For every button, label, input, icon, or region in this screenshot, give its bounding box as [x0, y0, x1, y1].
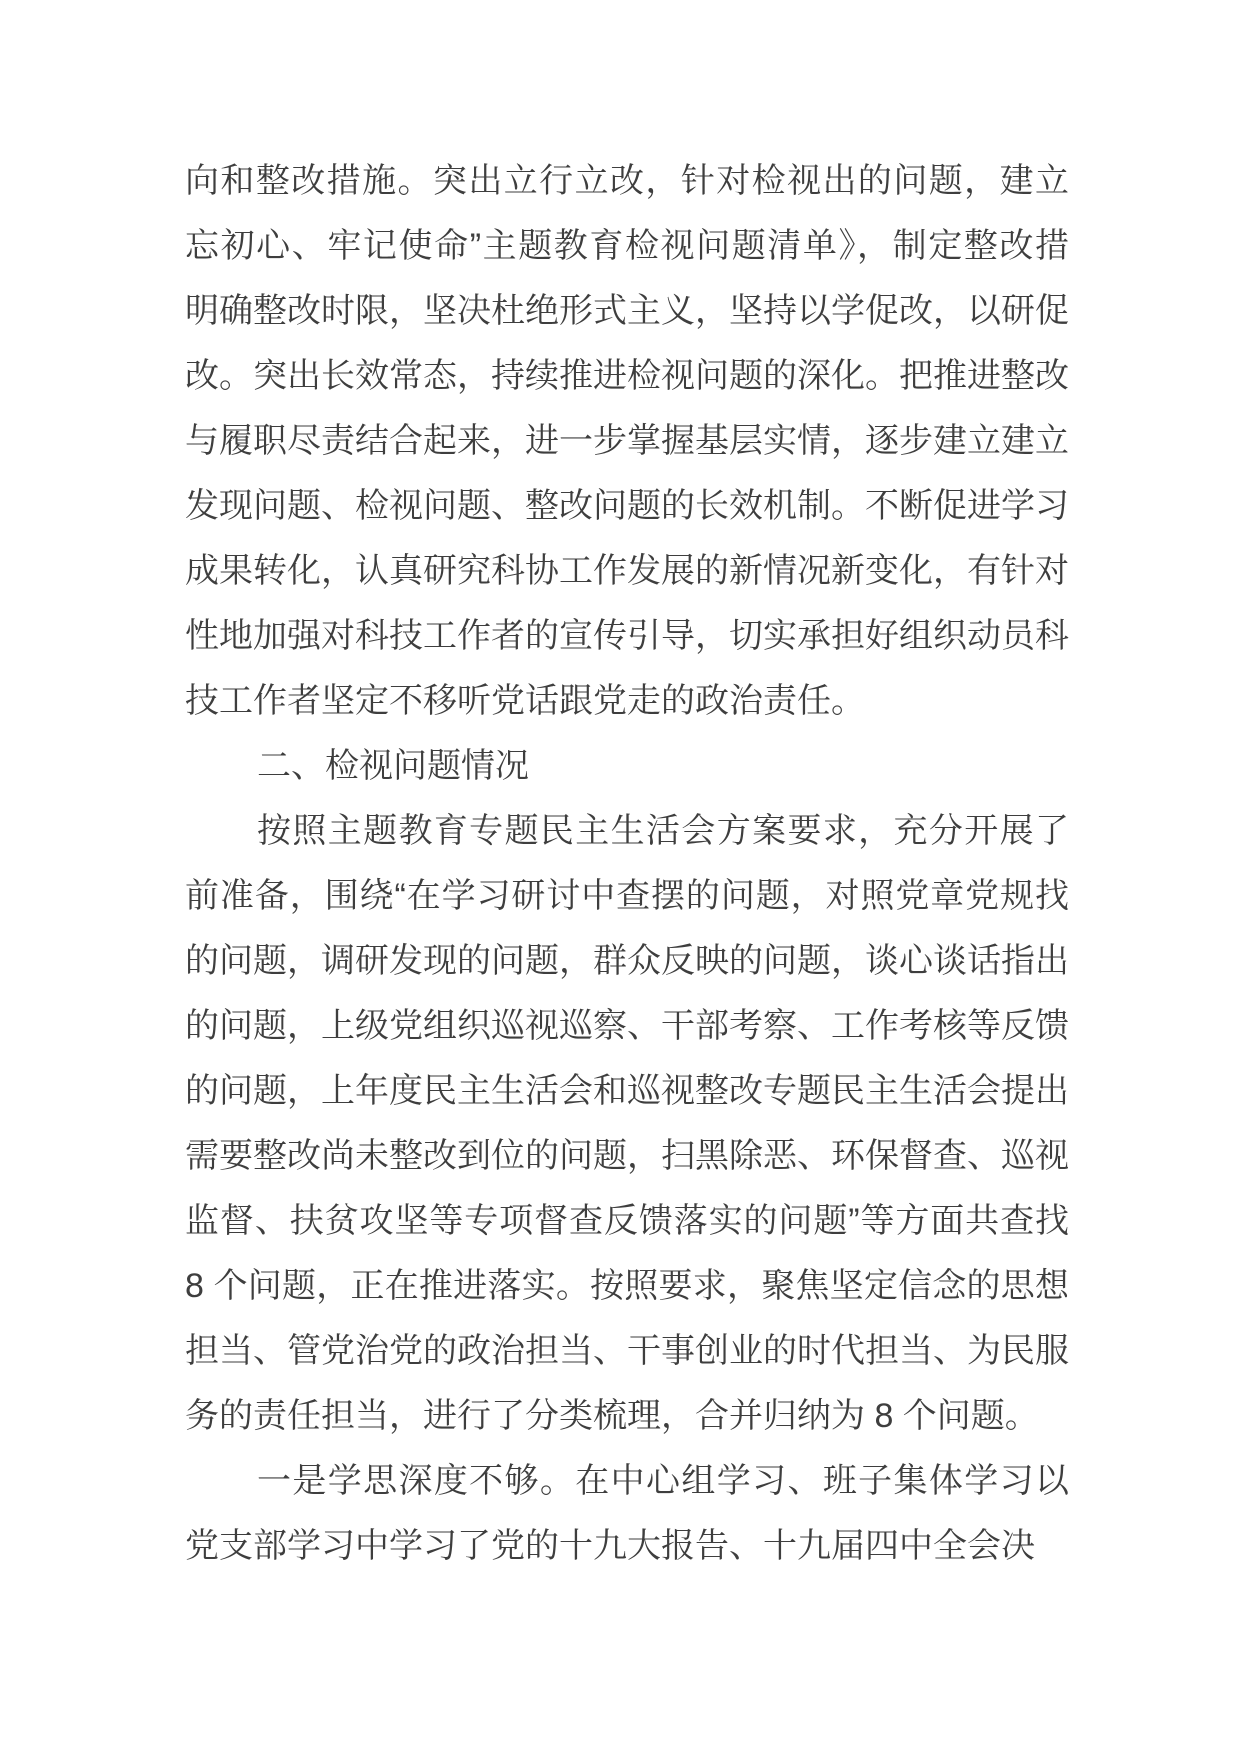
text-line: 8 个问题，正在推进落实。按照要求，聚焦坚定信念的思想: [185, 1254, 1069, 1319]
text-line: 的问题，调研发现的问题，群众反映的问题，谈心谈话指出: [185, 929, 1069, 994]
text-line: 改。突出长效常态，持续推进检视问题的深化。把推进整改: [185, 344, 1069, 409]
text-line: 忘初心、牢记使命”主题教育检视问题清单》，制定整改措施，: [185, 214, 1069, 279]
text-line: 前准备，围绕“在学习研讨中查摆的问题，对照党章党规找出: [185, 864, 1069, 929]
text-line: 的问题，上年度民主生活会和巡视整改专题民主生活会提出: [185, 1059, 1069, 1124]
text-line: 与履职尽责结合起来，进一步掌握基层实情，逐步建立建立: [185, 409, 1069, 474]
text-line: 需要整改尚未整改到位的问题，扫黑除恶、环保督查、巡视: [185, 1124, 1069, 1189]
document-text-block: 向和整改措施。突出立行立改，针对检视出的问题，建立《“不 忘初心、牢记使命”主题…: [185, 149, 1069, 1579]
document-page: 向和整改措施。突出立行立改，针对检视出的问题，建立《“不 忘初心、牢记使命”主题…: [0, 0, 1241, 1755]
text-line: 按照主题教育专题民主生活会方案要求，充分开展了会: [185, 799, 1069, 864]
text-line: 发现问题、检视问题、整改问题的长效机制。不断促进学习: [185, 474, 1069, 539]
text-line: 技工作者坚定不移听党话跟党走的政治责任。: [185, 669, 1069, 734]
text-line: 的问题，上级党组织巡视巡察、干部考察、工作考核等反馈: [185, 994, 1069, 1059]
text-line: 监督、扶贫攻坚等专项督查反馈落实的问题”等方面共查找出: [185, 1189, 1069, 1254]
text-line: 向和整改措施。突出立行立改，针对检视出的问题，建立《“不: [185, 149, 1069, 214]
text-line: 明确整改时限，坚决杜绝形式主义，坚持以学促改，以研促: [185, 279, 1069, 344]
text-line: 性地加强对科技工作者的宣传引导，切实承担好组织动员科: [185, 604, 1069, 669]
text-line: 一是学思深度不够。在中心组学习、班子集体学习以及: [185, 1449, 1069, 1514]
section-heading: 二、检视问题情况: [185, 734, 1069, 799]
text-line: 务的责任担当，进行了分类梳理，合并归纳为 8 个问题。: [185, 1384, 1069, 1449]
text-line: 成果转化，认真研究科协工作发展的新情况新变化，有针对: [185, 539, 1069, 604]
text-line: 担当、管党治党的政治担当、干事创业的时代担当、为民服: [185, 1319, 1069, 1384]
text-line: 党支部学习中学习了党的十九大报告、十九届四中全会决: [185, 1514, 1069, 1579]
